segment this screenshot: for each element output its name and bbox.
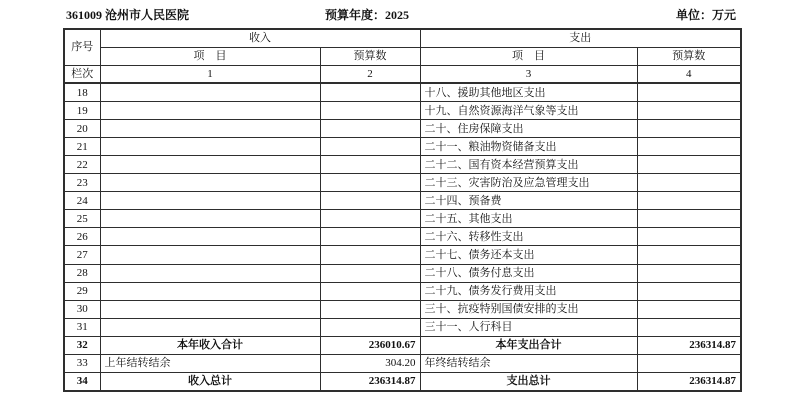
expense-item-cell: 二十六、转移性支出 <box>420 228 637 246</box>
col-num-1: 1 <box>100 65 320 83</box>
expense-item-cell: 三十一、人行科目 <box>420 318 637 336</box>
row-number-cell: 20 <box>64 120 100 138</box>
budget-document-page: 361009 沧州市人民医院 预算年度：2025 单位：万元 序号 收入 支出 … <box>0 0 800 398</box>
budget-table-head: 序号 收入 支出 项 目 预算数 项 目 预算数 栏次 1 2 3 4 <box>64 29 741 83</box>
income-budget-cell <box>320 102 420 120</box>
expense-budget-cell <box>637 354 741 372</box>
income-item-cell <box>100 138 320 156</box>
unit-label: 单位：万元 <box>676 7 736 23</box>
col-num-2: 2 <box>320 65 420 83</box>
row-number-cell: 34 <box>64 372 100 391</box>
income-budget-cell: 304.20 <box>320 354 420 372</box>
row-number-cell: 31 <box>64 318 100 336</box>
expense-budget-cell <box>637 102 741 120</box>
income-item-cell <box>100 210 320 228</box>
income-item-cell <box>100 192 320 210</box>
income-item-cell <box>100 228 320 246</box>
expense-item-cell: 十八、援助其他地区支出 <box>420 83 637 102</box>
row-number-cell: 25 <box>64 210 100 228</box>
lanci-label: 栏次 <box>64 65 100 83</box>
table-row: 27二十七、债务还本支出 <box>64 246 741 264</box>
income-budget-cell <box>320 174 420 192</box>
income-item-cell <box>100 174 320 192</box>
table-row: 29二十九、债务发行费用支出 <box>64 282 741 300</box>
income-item-cell: 上年结转结余 <box>100 354 320 372</box>
income-item-cell <box>100 156 320 174</box>
expense-budget-cell: 236314.87 <box>637 336 741 354</box>
expense-budget-cell <box>637 174 741 192</box>
income-budget-cell <box>320 246 420 264</box>
income-budget-cell <box>320 282 420 300</box>
expense-item-cell: 二十、住房保障支出 <box>420 120 637 138</box>
expense-item-cell: 二十五、其他支出 <box>420 210 637 228</box>
expense-item-cell: 二十三、灾害防治及应急管理支出 <box>420 174 637 192</box>
table-row: 33上年结转结余304.20年终结转结余 <box>64 354 741 372</box>
income-item-cell <box>100 102 320 120</box>
row-number-cell: 23 <box>64 174 100 192</box>
income-item-cell: 收入总计 <box>100 372 320 391</box>
table-row: 18十八、援助其他地区支出 <box>64 83 741 102</box>
expense-item-cell: 年终结转结余 <box>420 354 637 372</box>
expense-budget-header: 预算数 <box>637 47 741 65</box>
expense-budget-cell <box>637 282 741 300</box>
row-number-cell: 30 <box>64 300 100 318</box>
row-number-cell: 33 <box>64 354 100 372</box>
expense-budget-cell <box>637 120 741 138</box>
row-number-cell: 29 <box>64 282 100 300</box>
income-item-header: 项 目 <box>100 47 320 65</box>
expense-budget-cell <box>637 83 741 102</box>
budget-year-label: 预算年度：2025 <box>325 7 409 23</box>
income-budget-cell <box>320 83 420 102</box>
income-item-cell <box>100 300 320 318</box>
expense-budget-cell <box>637 210 741 228</box>
expense-budget-cell <box>637 246 741 264</box>
table-row: 30三十、抗疫特别国债安排的支出 <box>64 300 741 318</box>
table-row: 28二十八、债务付息支出 <box>64 264 741 282</box>
page-header: 361009 沧州市人民医院 预算年度：2025 单位：万元 <box>0 7 800 23</box>
income-item-cell <box>100 264 320 282</box>
expense-item-cell: 二十一、粮油物资储备支出 <box>420 138 637 156</box>
table-row: 26二十六、转移性支出 <box>64 228 741 246</box>
income-budget-cell <box>320 318 420 336</box>
income-item-cell <box>100 246 320 264</box>
table-row: 22二十二、国有资本经营预算支出 <box>64 156 741 174</box>
income-item-cell: 本年收入合计 <box>100 336 320 354</box>
income-budget-cell: 236314.87 <box>320 372 420 391</box>
expense-item-cell: 三十、抗疫特别国债安排的支出 <box>420 300 637 318</box>
col-num-3: 3 <box>420 65 637 83</box>
income-budget-cell <box>320 264 420 282</box>
expense-header: 支出 <box>420 29 741 47</box>
income-budget-cell: 236010.67 <box>320 336 420 354</box>
income-item-cell <box>100 318 320 336</box>
expense-budget-cell <box>637 300 741 318</box>
expense-budget-cell <box>637 318 741 336</box>
expense-item-cell: 二十九、债务发行费用支出 <box>420 282 637 300</box>
income-header: 收入 <box>100 29 420 47</box>
table-row: 21二十一、粮油物资储备支出 <box>64 138 741 156</box>
row-number-cell: 26 <box>64 228 100 246</box>
table-row: 32本年收入合计236010.67本年支出合计236314.87 <box>64 336 741 354</box>
expense-budget-cell <box>637 264 741 282</box>
income-budget-cell <box>320 192 420 210</box>
row-number-cell: 19 <box>64 102 100 120</box>
org-code-title: 361009 沧州市人民医院 <box>66 7 189 23</box>
income-budget-header: 预算数 <box>320 47 420 65</box>
col-num-4: 4 <box>637 65 741 83</box>
income-budget-cell <box>320 228 420 246</box>
table-row: 19十九、自然资源海洋气象等支出 <box>64 102 741 120</box>
expense-item-cell: 十九、自然资源海洋气象等支出 <box>420 102 637 120</box>
income-budget-cell <box>320 138 420 156</box>
table-row: 20二十、住房保障支出 <box>64 120 741 138</box>
expense-budget-cell: 236314.87 <box>637 372 741 391</box>
table-row: 25二十五、其他支出 <box>64 210 741 228</box>
row-number-cell: 21 <box>64 138 100 156</box>
row-number-cell: 32 <box>64 336 100 354</box>
row-number-cell: 18 <box>64 83 100 102</box>
income-budget-cell <box>320 156 420 174</box>
seq-header: 序号 <box>64 29 100 65</box>
table-row: 24二十四、预备费 <box>64 192 741 210</box>
row-number-cell: 27 <box>64 246 100 264</box>
expense-item-cell: 二十七、债务还本支出 <box>420 246 637 264</box>
expense-budget-cell <box>637 192 741 210</box>
expense-budget-cell <box>637 156 741 174</box>
income-item-cell <box>100 282 320 300</box>
expense-item-cell: 二十四、预备费 <box>420 192 637 210</box>
row-number-cell: 22 <box>64 156 100 174</box>
row-number-cell: 24 <box>64 192 100 210</box>
header-row-columns: 项 目 预算数 项 目 预算数 <box>64 47 741 65</box>
column-index-row: 栏次 1 2 3 4 <box>64 65 741 83</box>
table-row: 34收入总计236314.87支出总计236314.87 <box>64 372 741 391</box>
income-budget-cell <box>320 300 420 318</box>
income-budget-cell <box>320 210 420 228</box>
table-row: 31三十一、人行科目 <box>64 318 741 336</box>
income-budget-cell <box>320 120 420 138</box>
expense-item-cell: 二十二、国有资本经营预算支出 <box>420 156 637 174</box>
expense-item-cell: 本年支出合计 <box>420 336 637 354</box>
income-item-cell <box>100 83 320 102</box>
expense-budget-cell <box>637 138 741 156</box>
expense-item-cell: 二十八、债务付息支出 <box>420 264 637 282</box>
table-row: 23二十三、灾害防治及应急管理支出 <box>64 174 741 192</box>
budget-table: 序号 收入 支出 项 目 预算数 项 目 预算数 栏次 1 2 3 4 18十八… <box>63 28 742 392</box>
header-row-group: 序号 收入 支出 <box>64 29 741 47</box>
row-number-cell: 28 <box>64 264 100 282</box>
income-item-cell <box>100 120 320 138</box>
expense-budget-cell <box>637 228 741 246</box>
budget-table-body: 18十八、援助其他地区支出19十九、自然资源海洋气象等支出20二十、住房保障支出… <box>64 83 741 391</box>
expense-item-cell: 支出总计 <box>420 372 637 391</box>
expense-item-header: 项 目 <box>420 47 637 65</box>
